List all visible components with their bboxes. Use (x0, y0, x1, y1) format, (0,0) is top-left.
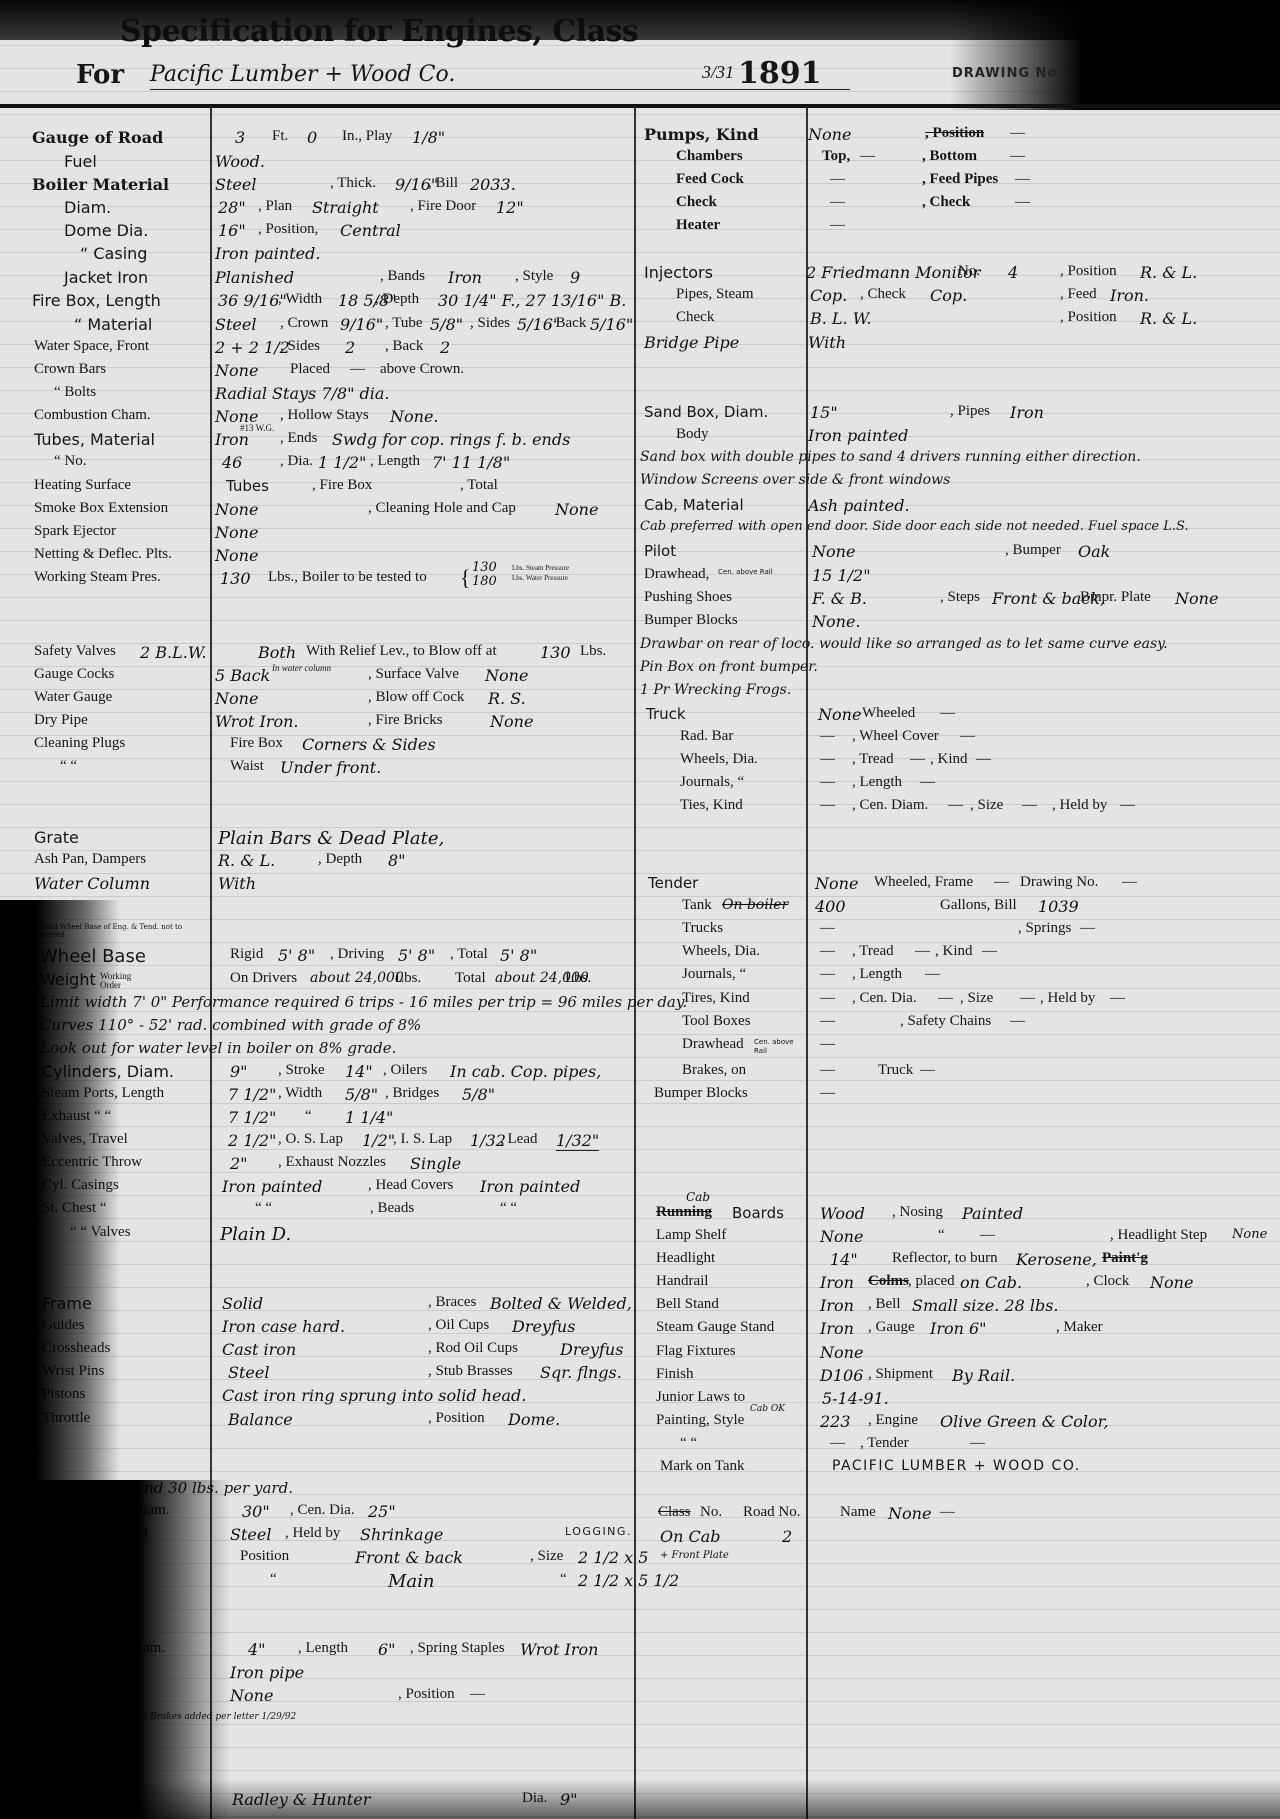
order-year: 1891 (738, 56, 822, 91)
handwritten-note-cab: Cab preferred with open end door. Side d… (640, 519, 1189, 534)
handwritten-note-drawbar: Drawbar on rear of loco. would like so a… (640, 636, 1168, 652)
handwritten-note-frogs: 1 Pr Wrecking Frogs. (640, 682, 791, 698)
customer-line: For Pacific Lumber + Wood Co. 3/31 1891 … (62, 58, 1212, 98)
header-rule (0, 104, 1280, 108)
scan-dark-edge-bottom (0, 1480, 230, 1819)
handwritten-note-pin-box: Pin Box on front bumper. (640, 659, 818, 675)
drawing-number-label: DRAWING No. (952, 66, 1063, 81)
spec-sheet-page: Specification for Engines, Class For Pac… (0, 0, 1280, 1819)
handwritten-note-width: Limit width 7' 0" Performance required 6… (40, 993, 687, 1011)
order-date: 3/31 (702, 62, 734, 83)
row-gauge: Gauge of Road 3 Ft. 0 In., Play 1/8" (0, 128, 634, 150)
right-column-divider (806, 108, 808, 1819)
scan-bottom-shadow (0, 1779, 1280, 1819)
for-label: For (76, 60, 124, 90)
page-title: Specification for Engines, Class (120, 14, 638, 49)
handwritten-note-sand-box: Sand box with double pipes to sand 4 dri… (640, 449, 1141, 465)
handwritten-note-window-screens: Window Screens over side & front windows (640, 472, 950, 488)
